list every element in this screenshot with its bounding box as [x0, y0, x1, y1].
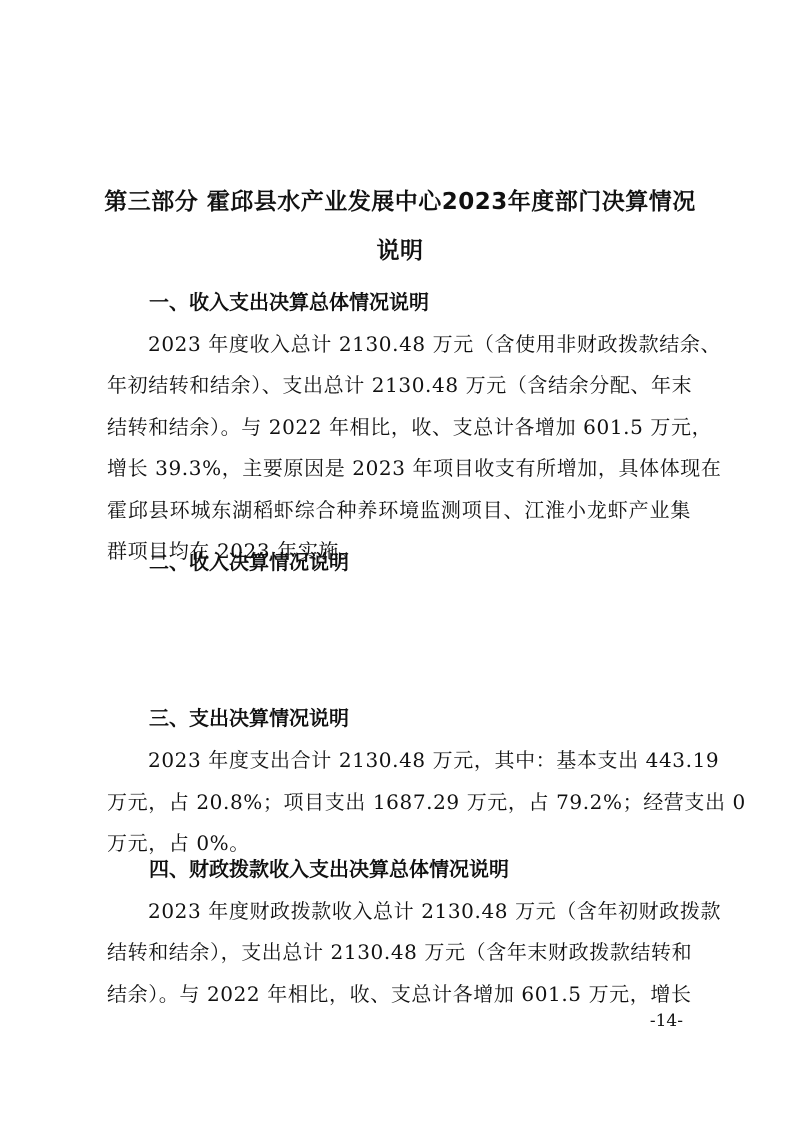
paragraph-line: 结转和结余）。与 2022 年相比，收、支总计各增加 601.5 万元， [107, 411, 691, 440]
section-heading-4: 四、财政拨款收入支出决算总体情况说明 [149, 853, 509, 882]
section-heading-2: 二、收入决算情况说明 [149, 546, 349, 575]
page-title: 第三部分 霍邱县水产业发展中心2023年度部门决算情况 [100, 183, 700, 216]
page-number: -14- [650, 1011, 683, 1031]
section-heading-3: 三、支出决算情况说明 [149, 702, 349, 731]
document-page: 第三部分 霍邱县水产业发展中心2023年度部门决算情况 说明 一、收入支出决算总… [0, 0, 793, 1122]
paragraph-line: 增长 39.3%，主要原因是 2023 年项目收支有所增加，具体体现在 [107, 452, 691, 481]
paragraph-line: 2023 年度财政拨款收入总计 2130.48 万元（含年初财政拨款 [148, 895, 691, 924]
paragraph-line: 霍邱县环城东湖稻虾综合种养环境监测项目、江淮小龙虾产业集 [107, 494, 691, 523]
page-title-continued: 说明 [100, 232, 700, 265]
paragraph-line: 2023 年度支出合计 2130.48 万元，其中：基本支出 443.19 [148, 744, 691, 773]
paragraph-line: 结转和结余），支出总计 2130.48 万元（含年末财政拨款结转和 [107, 936, 691, 965]
paragraph-line: 万元，占 20.8%；项目支出 1687.29 万元，占 79.2%；经营支出 … [107, 786, 691, 815]
paragraph-line: 万元，占 0%。 [107, 827, 250, 856]
paragraph-line: 年初结转和结余）、支出总计 2130.48 万元（含结余分配、年末 [107, 369, 691, 398]
section-heading-1: 一、收入支出决算总体情况说明 [149, 286, 429, 315]
paragraph-line: 结余）。与 2022 年相比，收、支总计各增加 601.5 万元，增长 [107, 978, 691, 1007]
paragraph-line: 2023 年度收入总计 2130.48 万元（含使用非财政拨款结余、 [148, 328, 691, 357]
